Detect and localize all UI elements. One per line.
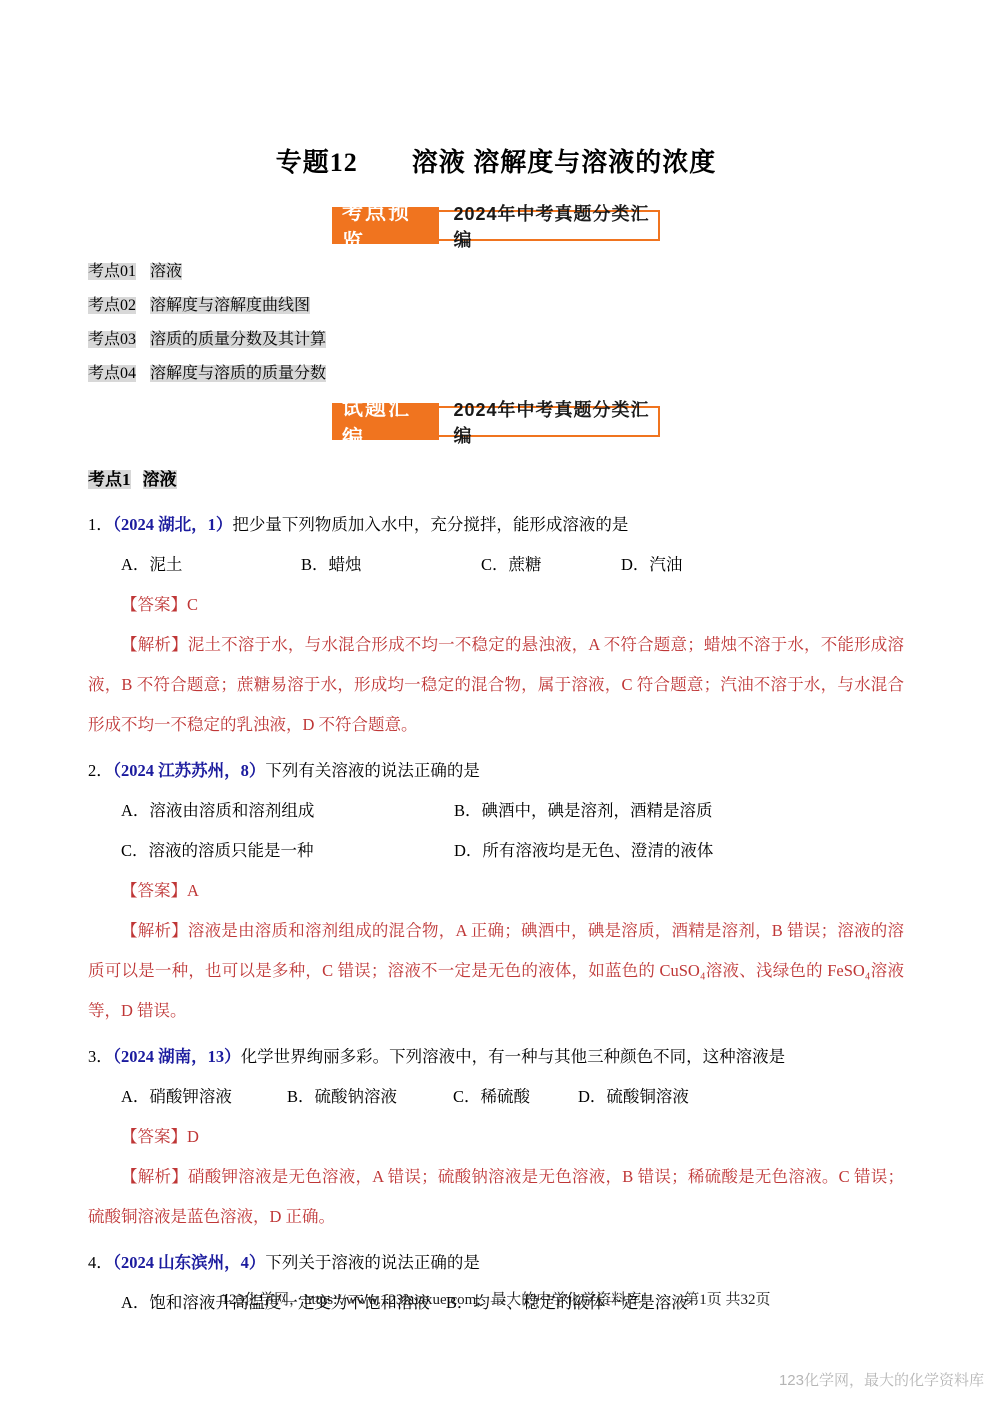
document-page: 专题12 溶液 溶解度与溶液的浓度 考点预览 2024年中考真题分类汇编 考点0… xyxy=(0,0,992,1403)
option-b: B．硫酸钠溶液 xyxy=(287,1077,453,1117)
options-row: A．泥土B．蜡烛C．蔗糖D．汽油 xyxy=(88,545,904,585)
option-b: B．碘酒中，碘是溶剂，酒精是溶质 xyxy=(454,791,713,831)
option-b: B．蜡烛 xyxy=(301,545,481,585)
answer-value: C xyxy=(187,595,198,614)
question-source: （2024 江苏苏州，8） xyxy=(113,761,266,780)
banner-preview-text: 2024年中考真题分类汇编 xyxy=(453,200,658,252)
analysis-paragraph: 【解析】溶液是由溶质和溶剂组成的混合物，A 正确；碘酒中，碘是溶质，酒精是溶剂，… xyxy=(88,911,904,1031)
analysis-paragraph: 【解析】硝酸钾溶液是无色溶液，A 错误；硫酸钠溶液是无色溶液，B 错误；稀硫酸是… xyxy=(88,1157,904,1237)
answer-line: 【答案】D xyxy=(88,1117,904,1157)
question-number: 4． xyxy=(88,1253,113,1272)
outline-item-4: 考点04溶解度与溶质的质量分数 xyxy=(88,357,904,391)
question-stem: 2．（2024 江苏苏州，8）下列有关溶液的说法正确的是 xyxy=(88,751,904,791)
option-c: C．蔗糖 xyxy=(481,545,621,585)
outline-item-number: 考点01 xyxy=(88,263,136,280)
banner-compilation-text: 2024年中考真题分类汇编 xyxy=(453,396,658,448)
question-1: 1．（2024 湖北，1）把少量下列物质加入水中，充分搅拌，能形成溶液的是 A．… xyxy=(88,505,904,745)
outline-item-title: 溶解度与溶质的质量分数 xyxy=(150,365,326,382)
footer-site-text: 123化学网，https://www.123huaxue.com，最大的中学化学… xyxy=(221,1292,656,1308)
option-a: A．泥土 xyxy=(121,545,301,585)
option-d: D．硫酸铜溶液 xyxy=(578,1077,689,1117)
option-c: C．溶液的溶质只能是一种 xyxy=(121,831,454,871)
outline-item-3: 考点03溶质的质量分数及其计算 xyxy=(88,323,904,357)
page-footer: 123化学网，https://www.123huaxue.com，最大的中学化学… xyxy=(0,1288,992,1309)
topic-outline: 考点01溶液 考点02溶解度与溶解度曲线图 考点03溶质的质量分数及其计算 考点… xyxy=(88,255,904,391)
answer-label: 【答案】 xyxy=(121,881,187,900)
outline-item-title: 溶液 xyxy=(150,263,182,280)
outline-item-number: 考点02 xyxy=(88,297,136,314)
section-title: 溶液 xyxy=(143,470,177,489)
option-c: C．稀硫酸 xyxy=(453,1077,578,1117)
question-text: 化学世界绚丽多彩。下列溶液中，有一种与其他三种颜色不同，这种溶液是 xyxy=(241,1047,786,1066)
answer-line: 【答案】A xyxy=(88,871,904,911)
question-number: 1． xyxy=(88,515,113,534)
section-heading: 考点1溶液 xyxy=(88,461,904,499)
answer-value: D xyxy=(187,1127,199,1146)
banner-compilation-label: 试题汇编 xyxy=(332,403,439,440)
analysis-text: 泥土不溶于水，与水混合形成不均一不稳定的悬浊液，A 不符合题意；蜡烛不溶于水，不… xyxy=(88,635,904,734)
answer-label: 【答案】 xyxy=(121,1127,187,1146)
footer-page-number: 第1页 共32页 xyxy=(684,1292,770,1308)
question-stem: 4．（2024 山东滨州，4）下列关于溶液的说法正确的是 xyxy=(88,1243,904,1283)
question-2: 2．（2024 江苏苏州，8）下列有关溶液的说法正确的是 A．溶液由溶质和溶剂组… xyxy=(88,751,904,1031)
analysis-text: 硝酸钾溶液是无色溶液，A 错误；硫酸钠溶液是无色溶液，B 错误；稀硫酸是无色溶液… xyxy=(88,1167,904,1226)
answer-label: 【答案】 xyxy=(121,595,187,614)
question-text: 下列有关溶液的说法正确的是 xyxy=(265,761,480,780)
question-source: （2024 湖北，1） xyxy=(113,515,233,534)
answer-line: 【答案】C xyxy=(88,585,904,625)
question-text: 下列关于溶液的说法正确的是 xyxy=(265,1253,480,1272)
option-a: A．溶液由溶质和溶剂组成 xyxy=(121,791,454,831)
question-source: （2024 山东滨州，4） xyxy=(113,1253,266,1272)
page-title: 专题12 溶液 溶解度与溶液的浓度 xyxy=(88,0,904,186)
question-stem: 1．（2024 湖北，1）把少量下列物质加入水中，充分搅拌，能形成溶液的是 xyxy=(88,505,904,545)
page-content: 专题12 溶液 溶解度与溶液的浓度 考点预览 2024年中考真题分类汇编 考点0… xyxy=(0,0,992,1323)
option-d: D．汽油 xyxy=(621,545,682,585)
analysis-text: 溶液是由溶质和溶剂组成的混合物，A 正确；碘酒中，碘是溶质，酒精是溶剂，B 错误… xyxy=(88,921,904,1020)
outline-item-2: 考点02溶解度与溶解度曲线图 xyxy=(88,289,904,323)
question-text: 把少量下列物质加入水中，充分搅拌，能形成溶液的是 xyxy=(232,515,628,534)
section-number: 考点1 xyxy=(88,470,131,489)
outline-item-number: 考点04 xyxy=(88,365,136,382)
question-number: 3． xyxy=(88,1047,113,1066)
outline-item-number: 考点03 xyxy=(88,331,136,348)
watermark-text: 123化学网，最大的化学资料库 xyxy=(779,1369,984,1390)
analysis-label: 【解析】 xyxy=(121,1167,188,1186)
option-d: D．所有溶液均是无色、澄清的液体 xyxy=(454,831,713,871)
question-3: 3．（2024 湖南，13）化学世界绚丽多彩。下列溶液中，有一种与其他三种颜色不… xyxy=(88,1037,904,1237)
question-number: 2． xyxy=(88,761,113,780)
outline-item-title: 溶质的质量分数及其计算 xyxy=(150,331,326,348)
options-row: A．溶液由溶质和溶剂组成B．碘酒中，碘是溶剂，酒精是溶质 xyxy=(88,791,904,831)
banner-preview-label: 考点预览 xyxy=(332,207,439,244)
answer-value: A xyxy=(187,881,199,900)
outline-item-title: 溶解度与溶解度曲线图 xyxy=(150,297,310,314)
option-a: A．硝酸钾溶液 xyxy=(121,1077,287,1117)
outline-item-1: 考点01溶液 xyxy=(88,255,904,289)
question-4: 4．（2024 山东滨州，4）下列关于溶液的说法正确的是 A．饱和溶液升高温度一… xyxy=(88,1243,904,1323)
analysis-label: 【解析】 xyxy=(121,921,188,940)
options-row: C．溶液的溶质只能是一种D．所有溶液均是无色、澄清的液体 xyxy=(88,831,904,871)
analysis-paragraph: 【解析】泥土不溶于水，与水混合形成不均一不稳定的悬浊液，A 不符合题意；蜡烛不溶… xyxy=(88,625,904,745)
banner-question-compilation: 试题汇编 2024年中考真题分类汇编 xyxy=(332,406,660,437)
question-source: （2024 湖南，13） xyxy=(113,1047,241,1066)
banner-exam-preview: 考点预览 2024年中考真题分类汇编 xyxy=(332,210,660,241)
analysis-label: 【解析】 xyxy=(121,635,188,654)
question-stem: 3．（2024 湖南，13）化学世界绚丽多彩。下列溶液中，有一种与其他三种颜色不… xyxy=(88,1037,904,1077)
options-row: A．硝酸钾溶液B．硫酸钠溶液C．稀硫酸D．硫酸铜溶液 xyxy=(88,1077,904,1117)
